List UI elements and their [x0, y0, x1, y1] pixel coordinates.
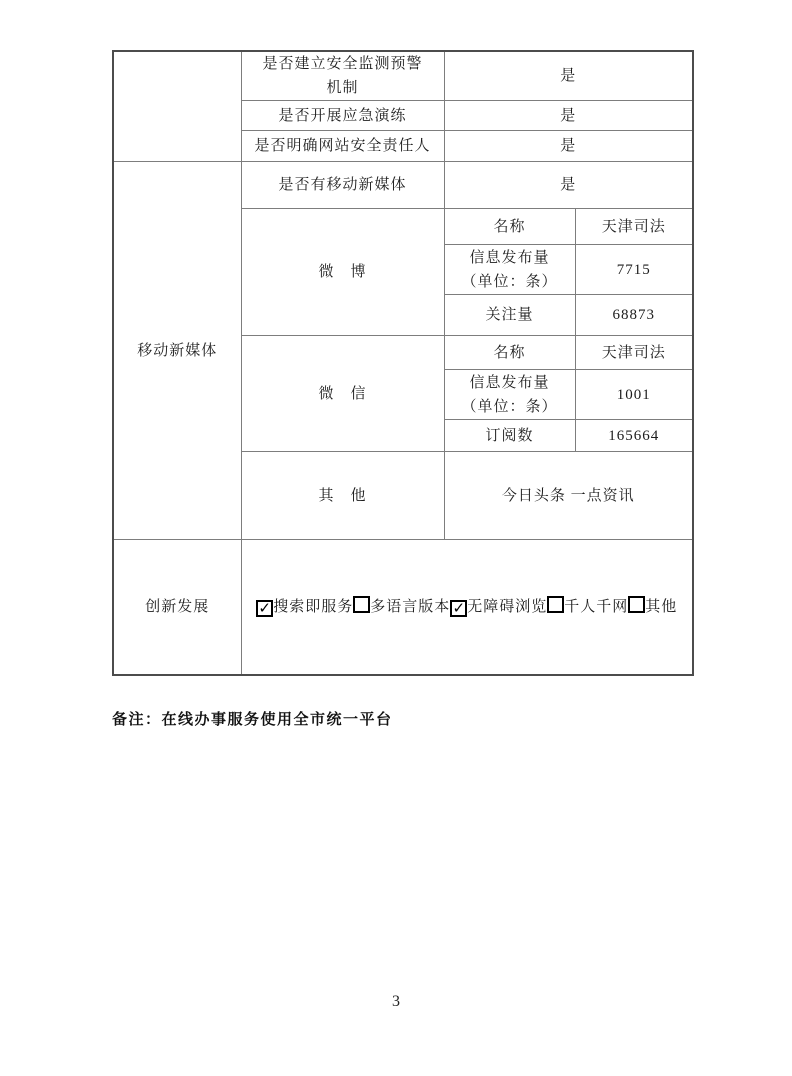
weibo-stat-name: 关注量 [444, 295, 575, 336]
other-media-label: 其 他 [241, 452, 444, 540]
mobile-media-answer: 是 [444, 162, 693, 209]
wechat-stat-name: 订阅数 [444, 420, 575, 452]
table-row: 创新发展 ✓搜索即服务多语言版本✓无障碍浏览千人千网其他 [113, 540, 693, 675]
wechat-stat-value: 165664 [575, 420, 693, 452]
checkbox-checked-icon: ✓ [450, 600, 467, 617]
innovation-options-cell: ✓搜索即服务多语言版本✓无障碍浏览千人千网其他 [241, 540, 693, 675]
weibo-stat-name: 名称 [444, 209, 575, 245]
checkbox-unchecked-icon [353, 596, 370, 613]
security-question: 是否建立安全监测预警 机制 [241, 51, 444, 101]
security-answer: 是 [444, 131, 693, 162]
wechat-stat-value: 天津司法 [575, 336, 693, 370]
footnote: 备注：在线办事服务使用全市统一平台 [112, 708, 393, 729]
section-label-innovation: 创新发展 [113, 540, 241, 675]
checkbox-unchecked-icon [547, 596, 564, 613]
checkbox-label: 无障碍浏览 [467, 599, 547, 615]
innovation-options-line: ✓搜索即服务多语言版本✓无障碍浏览千人千网其他 [244, 595, 691, 619]
table-row: 移动新媒体 是否有移动新媒体 是 [113, 162, 693, 209]
wechat-stat-name: 名称 [444, 336, 575, 370]
checkbox-label: 多语言版本 [370, 599, 450, 615]
wechat-label: 微 信 [241, 336, 444, 452]
section-label-mobile-media: 移动新媒体 [113, 162, 241, 540]
checkbox-label: 千人千网 [564, 599, 628, 615]
weibo-label: 微 博 [241, 209, 444, 336]
page-number: 3 [0, 993, 792, 1011]
mobile-media-question: 是否有移动新媒体 [241, 162, 444, 209]
annual-report-table: 是否建立安全监测预警 机制 是 是否开展应急演练 是 是否明确网站安全责任人 是… [112, 50, 694, 676]
weibo-stat-name: 信息发布量 （单位：条） [444, 245, 575, 295]
checkbox-label: 其他 [645, 599, 677, 615]
weibo-stat-value: 7715 [575, 245, 693, 295]
checkbox-checked-icon: ✓ [256, 600, 273, 617]
security-answer: 是 [444, 101, 693, 131]
weibo-stat-value: 68873 [575, 295, 693, 336]
table-row: 是否建立安全监测预警 机制 是 [113, 51, 693, 101]
empty-category-cell [113, 51, 241, 162]
wechat-stat-value: 1001 [575, 370, 693, 420]
weibo-stat-value: 天津司法 [575, 209, 693, 245]
security-question: 是否明确网站安全责任人 [241, 131, 444, 162]
security-answer: 是 [444, 51, 693, 101]
checkbox-label: 搜索即服务 [273, 599, 353, 615]
other-media-value: 今日头条 一点资讯 [444, 452, 693, 540]
security-question: 是否开展应急演练 [241, 101, 444, 131]
checkbox-unchecked-icon [628, 596, 645, 613]
wechat-stat-name: 信息发布量 （单位：条） [444, 370, 575, 420]
